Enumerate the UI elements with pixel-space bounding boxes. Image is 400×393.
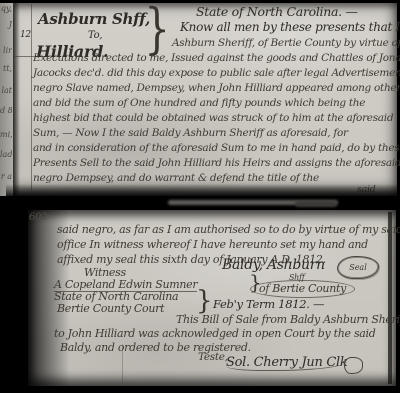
deed-line: and bid the sum of One hundred and fifty… xyxy=(33,97,365,109)
deed-line: Jacocks dec'd. did this day expose to pu… xyxy=(33,67,400,79)
deed-line: Know all men by these presents that I Ba… xyxy=(180,20,400,34)
scan1-bottom-edge-shadow xyxy=(6,184,397,196)
gutter-fragment: d 8 xyxy=(0,106,12,115)
gutter-fragment: lad xyxy=(0,150,12,159)
page-number: 602 xyxy=(29,212,47,223)
gutter-fragment: qy, xyxy=(0,4,12,13)
sheriff-signature: Baldy, Ashburn xyxy=(222,257,325,273)
gutter-fragment: lir xyxy=(0,46,12,55)
signature-flourish xyxy=(344,357,363,374)
court-brace: } xyxy=(196,288,213,314)
deed-line: said negro, as far as I am authorised so… xyxy=(57,223,400,236)
margin-rule-vertical xyxy=(31,4,32,190)
deed-line: and in consideration of the aforesaid Su… xyxy=(33,142,400,154)
scanned-deed-book-page: qy, J lir tt, lat d 8 mi, lad r a 12 Ash… xyxy=(0,0,400,393)
gutter-fragment: lat xyxy=(0,86,12,95)
state-title: State of North Carolina. — xyxy=(196,4,358,19)
deed-line: Presents Sell to the said John Hilliard … xyxy=(33,157,400,169)
clerk-signature: Sol. Cherry Jun Clk xyxy=(226,355,347,371)
sheriff-title: of Bertie County xyxy=(250,280,355,298)
deed-line: negro Slave named, Dempsey, when John Hi… xyxy=(33,82,400,94)
entry-number: 12 xyxy=(20,30,31,40)
gutter-fragment: tt, xyxy=(0,64,12,73)
court-name: Bertie County Court xyxy=(57,302,164,315)
record-line: This Bill of Sale from Baldy Ashburn She… xyxy=(176,313,400,326)
heading-brace: } xyxy=(144,2,170,56)
deed-line: office In witness whereof I have hereunt… xyxy=(57,238,368,251)
attest-label: Teste, xyxy=(198,351,228,363)
deed-line: highest bid that could be obtained was s… xyxy=(33,112,393,124)
deed-line: negro Dempsey, and do warrant & defend t… xyxy=(33,172,319,184)
court-term: Feb'y Term 1812. — xyxy=(213,297,324,311)
gutter-fragment: mi, xyxy=(0,130,12,139)
gutter-fragment: r a xyxy=(0,172,12,181)
record-line: to John Hilliard was acknowledged in ope… xyxy=(54,327,376,340)
heading-versus: To, xyxy=(88,30,102,41)
scan1-adjacent-page-strip xyxy=(0,3,14,196)
seal-text: Seal xyxy=(349,263,367,272)
scan-gap-streak-dark xyxy=(295,201,337,207)
heading-party-ashburn: Ashburn Shff, xyxy=(38,10,150,28)
deed-line: Executions directed to me, Issued agains… xyxy=(33,52,400,64)
seal-scribble: Seal xyxy=(337,256,379,279)
gutter-fragment: J xyxy=(0,20,12,29)
binding-fold-shadow xyxy=(13,3,20,196)
scan2-right-edge xyxy=(388,212,392,384)
deed-line: Ashburn Sheriff, of Bertie County by vir… xyxy=(172,37,400,49)
deed-line: Sum, — Now I the said Baldy Ashburn Sher… xyxy=(33,127,348,139)
